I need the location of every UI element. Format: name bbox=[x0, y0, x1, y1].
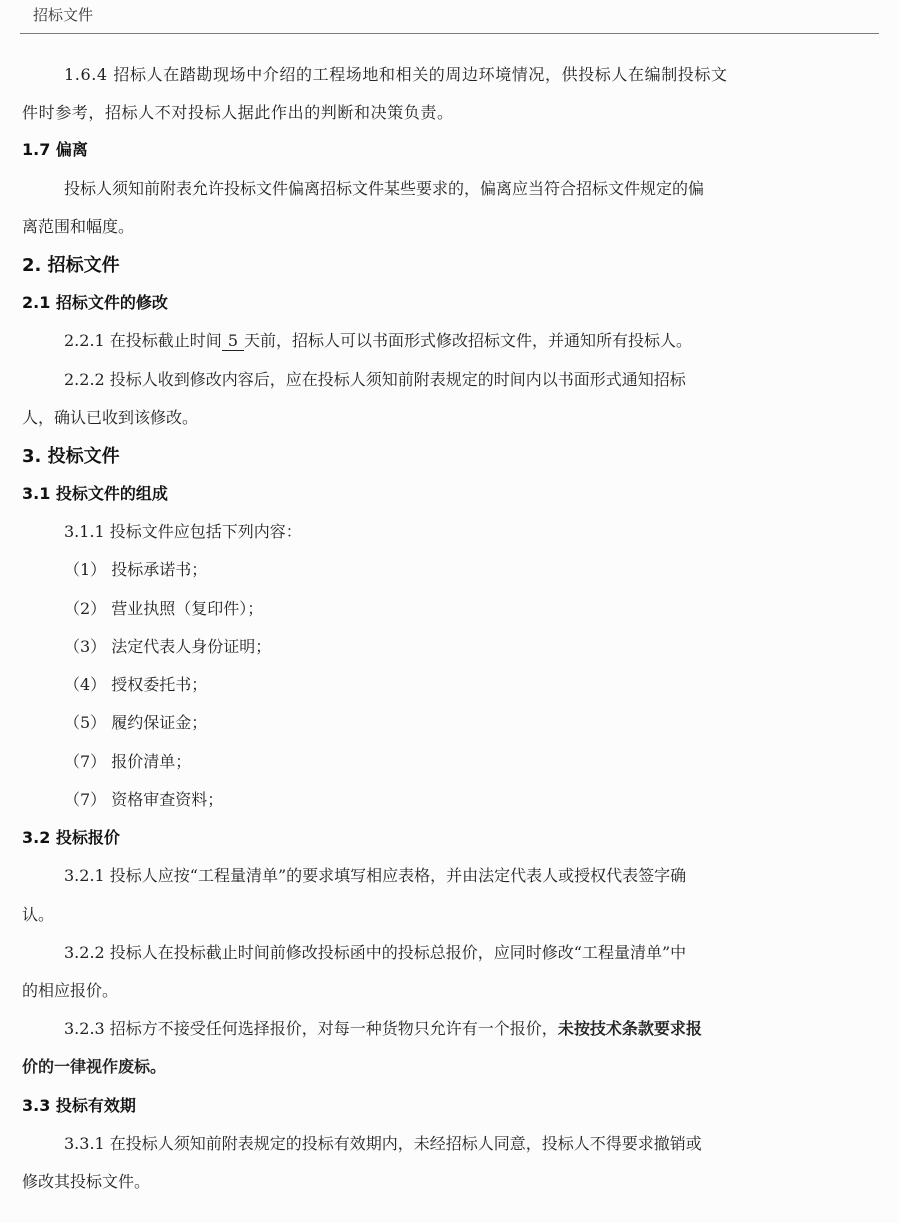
paragraph-3-1-1: 3.1.1 投标文件应包括下列内容： bbox=[64, 519, 302, 542]
list-item-1: （1） 投标承诺书； bbox=[64, 557, 207, 580]
paragraph-3-2-3-emphasis: 未按技术条款要求报 bbox=[558, 1019, 702, 1038]
list-item-2: （2） 营业执照（复印件）； bbox=[64, 596, 263, 619]
paragraph-2-2-2-line-2: 人，确认已收到该修改。 bbox=[22, 405, 198, 428]
list-item-7: （7） 资格审查资料； bbox=[64, 787, 223, 810]
paragraph-2-2-1-suffix: 天前，招标人可以书面形式修改招标文件，并通知所有投标人。 bbox=[244, 331, 692, 350]
header-divider bbox=[20, 33, 879, 34]
paragraph-2-2-2-line-1: 2.2.2 投标人收到修改内容后，应在投标人须知前附表规定的时间内以书面形式通知… bbox=[64, 367, 686, 390]
deadline-days-blank: 5 bbox=[222, 332, 244, 351]
paragraph-3-2-2-line-1: 3.2.2 投标人在投标截止时间前修改投标函中的投标总报价，应同时修改“工程量清… bbox=[64, 940, 686, 963]
paragraph-3-3-1-line-1: 3.3.1 在投标人须知前附表规定的投标有效期内，未经招标人同意，投标人不得要求… bbox=[64, 1131, 702, 1154]
heading-2: 2. 招标文件 bbox=[22, 251, 120, 277]
paragraph-3-2-1-line-1: 3.2.1 投标人应按“工程量清单”的要求填写相应表格，并由法定代表人或授权代表… bbox=[64, 863, 686, 886]
heading-2-1: 2.1 招标文件的修改 bbox=[22, 290, 168, 313]
paragraph-1-6-4-line-2: 件时参考，招标人不对投标人据此作出的判断和决策负责。 bbox=[22, 100, 454, 123]
running-header-title: 招标文件 bbox=[33, 4, 93, 25]
paragraph-3-2-2-line-2: 的相应报价。 bbox=[22, 978, 118, 1001]
heading-3-3: 3.3 投标有效期 bbox=[22, 1093, 136, 1116]
paragraph-1-7-line-2: 离范围和幅度。 bbox=[22, 214, 134, 237]
paragraph-3-2-1-line-2: 认。 bbox=[22, 902, 54, 925]
heading-3-1: 3.1 投标文件的组成 bbox=[22, 481, 168, 504]
list-item-3: （3） 法定代表人身份证明； bbox=[64, 634, 271, 657]
list-item-6: （7） 报价清单； bbox=[64, 749, 191, 772]
paragraph-1-7-line-1: 投标人须知前附表允许投标文件偏离招标文件某些要求的，偏离应当符合招标文件规定的偏 bbox=[64, 176, 704, 199]
list-item-5: （5） 履约保证金； bbox=[64, 710, 207, 733]
paragraph-3-3-1-line-2: 修改其投标文件。 bbox=[22, 1169, 150, 1192]
paragraph-2-2-1-prefix: 2.2.1 在投标截止时间 bbox=[64, 331, 222, 350]
paragraph-2-2-1: 2.2.1 在投标截止时间5天前，招标人可以书面形式修改招标文件，并通知所有投标… bbox=[64, 328, 692, 351]
heading-3-2: 3.2 投标报价 bbox=[22, 825, 120, 848]
paragraph-3-2-3-normal: 3.2.3 招标方不接受任何选择报价，对每一种货物只允许有一个报价， bbox=[64, 1019, 558, 1038]
heading-3: 3. 投标文件 bbox=[22, 442, 120, 468]
heading-1-7: 1.7 偏离 bbox=[22, 137, 88, 160]
list-item-4: （4） 授权委托书； bbox=[64, 672, 207, 695]
paragraph-3-2-3-line-2: 价的一律视作废标。 bbox=[22, 1054, 166, 1077]
paragraph-3-2-3-line-1: 3.2.3 招标方不接受任何选择报价，对每一种货物只允许有一个报价，未按技术条款… bbox=[64, 1016, 702, 1039]
paragraph-1-6-4-line-1: 1.6.4 招标人在踏勘现场中介绍的工程场地和相关的周边环境情况，供投标人在编制… bbox=[64, 62, 728, 85]
